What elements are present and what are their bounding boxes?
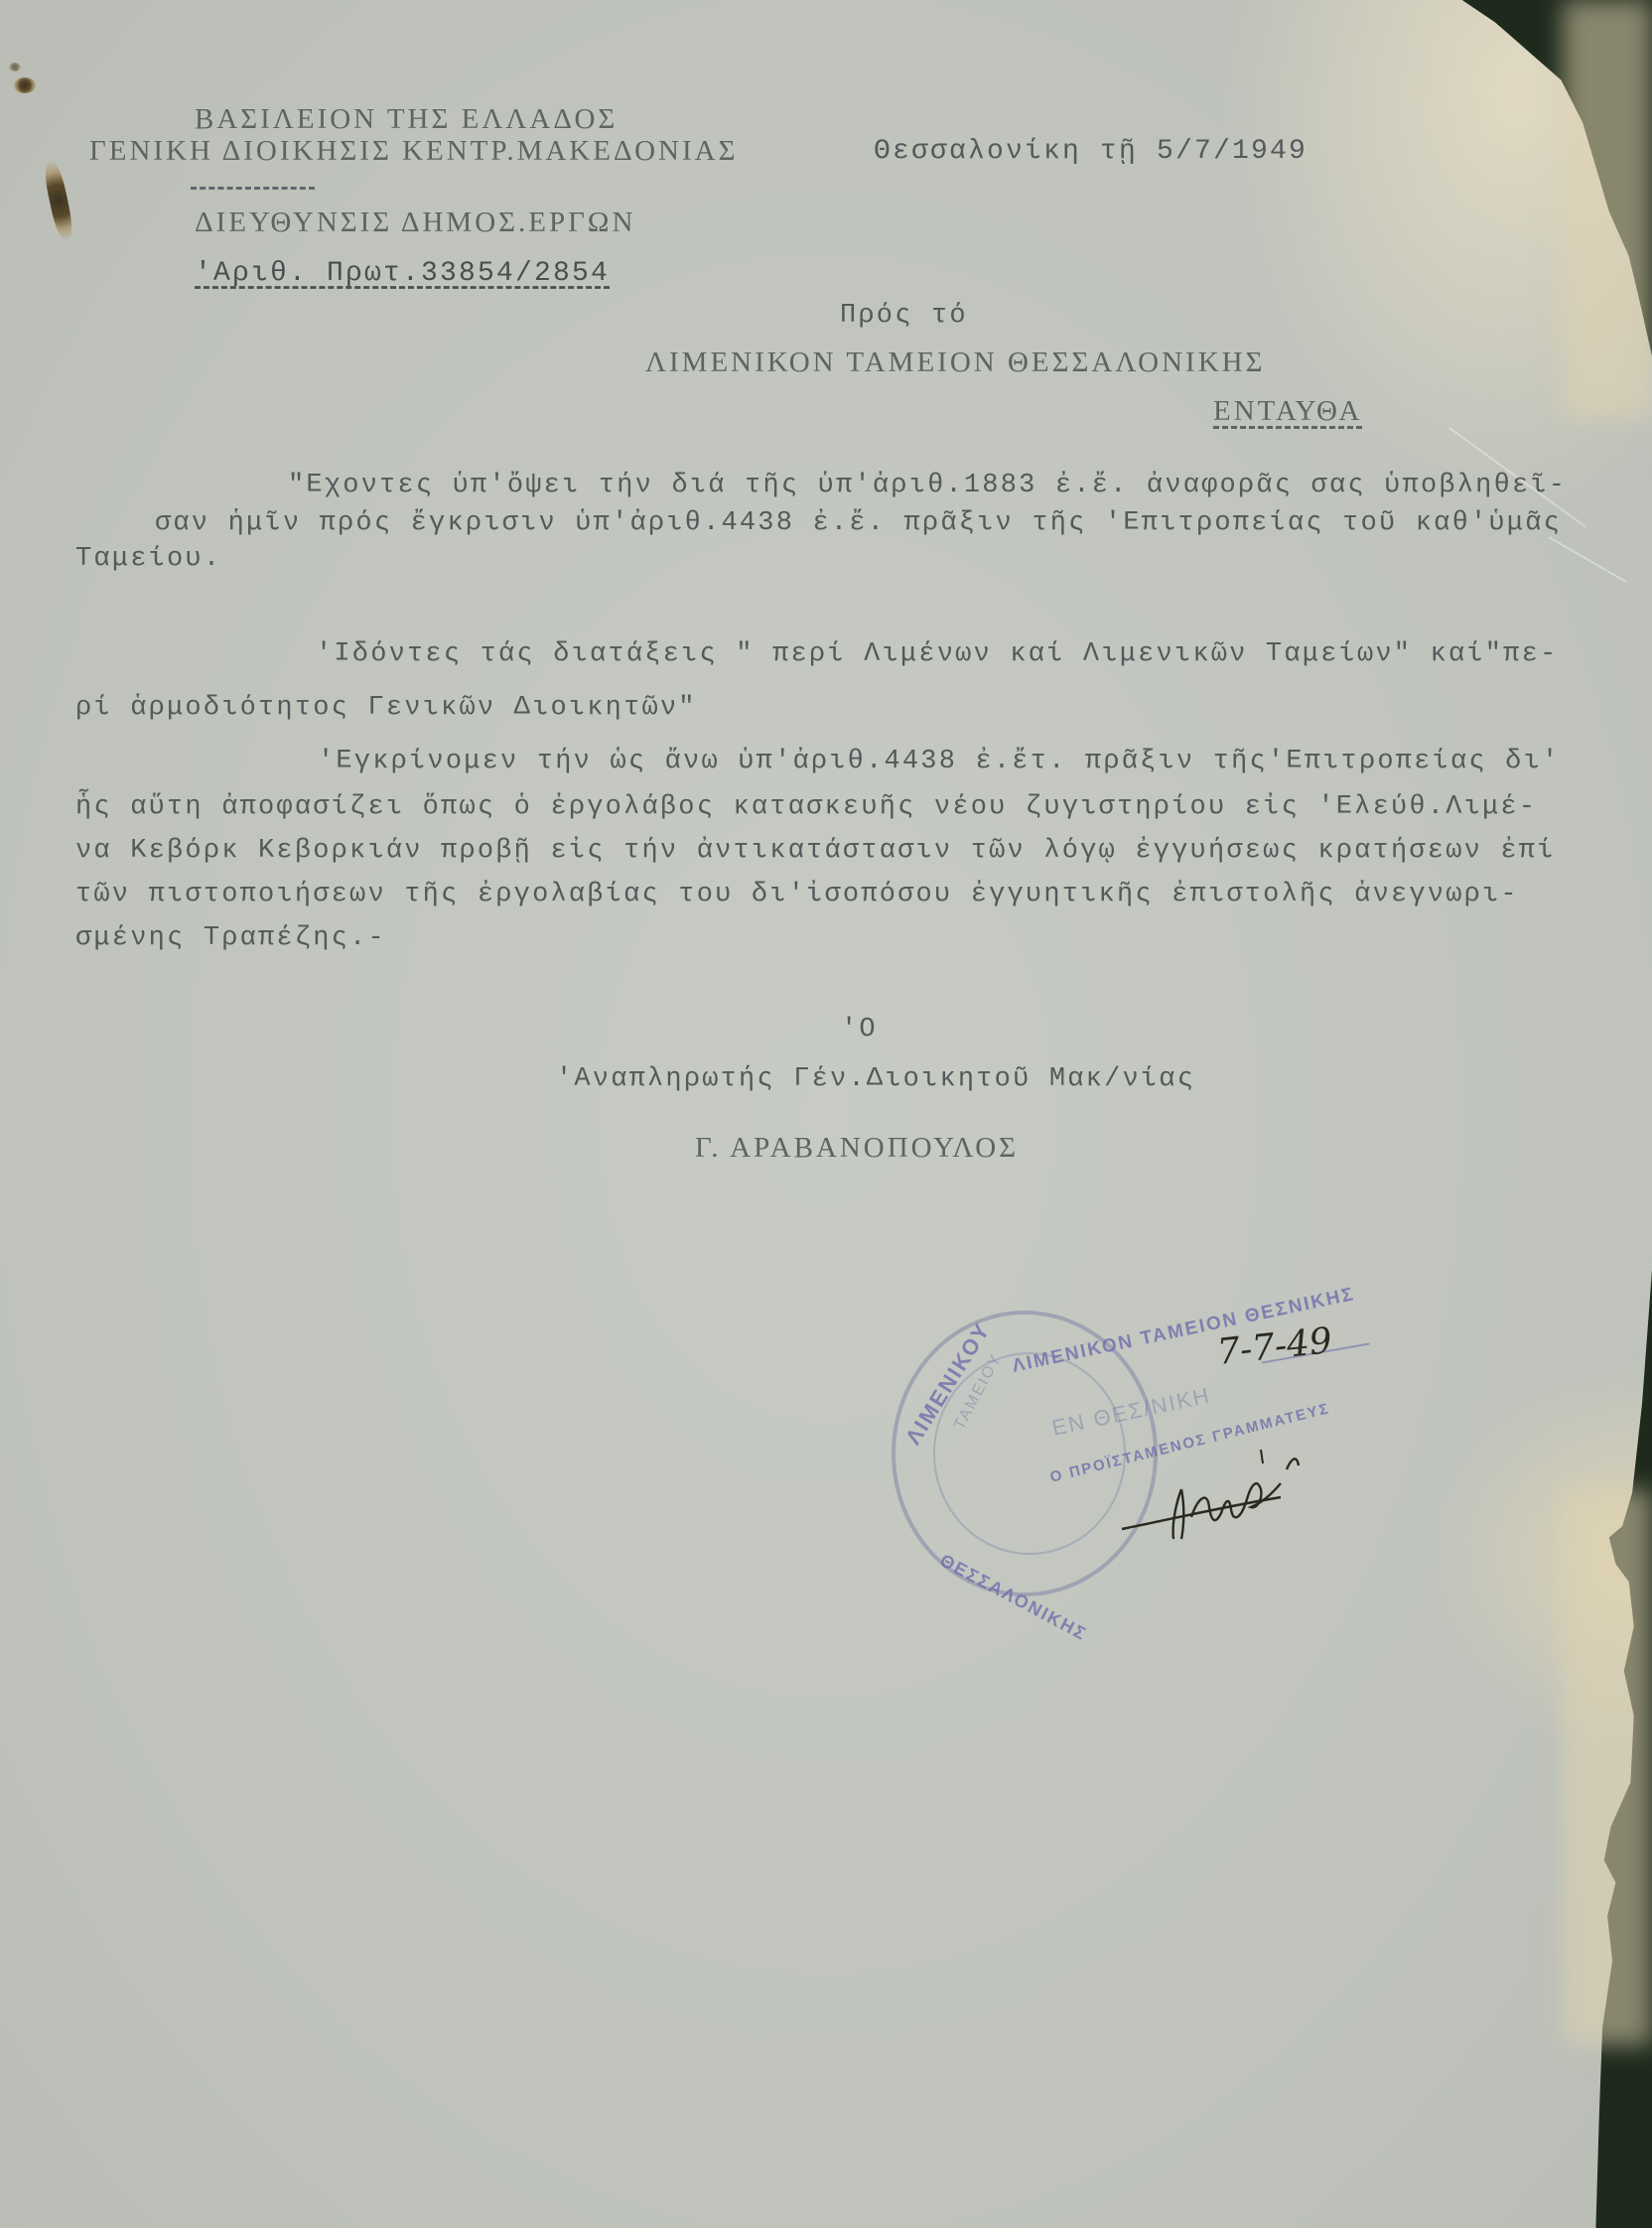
recipient-name: ΛΙΜΕΝΙΚΟΝ ΤΑΜΕΙΟΝ ΘΕΣΣΑΛΟΝΙΚΗΣ: [645, 348, 1265, 377]
handwritten-signature: [1112, 1430, 1410, 1569]
body-p3-line1: 'Εγκρίνομεν τήν ὡς ἄνω ὑπ'ἀριθ.4438 ἐ.ἔτ…: [318, 749, 1560, 775]
signature-name: Γ. ΑΡΑΒΑΝΟΠΟΥΛΟΣ: [695, 1134, 1019, 1163]
paper-blemish: [14, 77, 36, 93]
header-administration: ΓΕΝΙΚΗ ΔΙΟΙΚΗΣΙΣ ΚΕΝΤΡ.ΜΑΚΕΔΟΝΙΑΣ: [89, 137, 738, 166]
body-p3-line5: σμένης Τραπέζης.-: [75, 925, 386, 952]
body-p3-line3: να Κεβόρκ Κεβορκιάν προβῇ εἰς τήν ἀντικα…: [75, 838, 1556, 865]
protocol-number: 'Αριθ. Πρωτ.33854/2854: [195, 260, 610, 288]
document-page: [0, 0, 1652, 2228]
paper-edge-stain: [1563, 0, 1652, 417]
recipient-to: Πρός τό: [840, 303, 968, 330]
paper-edge-stain: [1563, 1489, 1652, 2045]
body-p3-line4: τῶν πιστοποιήσεων τῆς ἐργολαβίας του δι'…: [75, 882, 1519, 908]
body-p1-line2: σαν ἡμῖν πρός ἔγκρισιν ὑπ'ἀριθ.4438 ἐ.ἔ.…: [155, 510, 1562, 537]
body-p3-line2: ἧς αὕτη ἀποφασίζει ὅπως ὁ ἐργολάβος κατα…: [75, 794, 1537, 821]
signature-article: 'Ο: [841, 1017, 878, 1044]
paper-blemish: [9, 63, 21, 71]
header-directorate: ΔΙΕΥΘΥΝΣΙΣ ΔΗΜΟΣ.ΕΡΓΩΝ: [195, 209, 635, 237]
body-p1-line1: "Εχοντες ὑπ'ὄψει τήν διά τῆς ὑπ'ἀριθ.188…: [288, 473, 1567, 499]
header-divider: [191, 187, 315, 190]
signature-title: 'Αναπληρωτής Γέν.Διοικητοῦ Μακ/νίας: [556, 1066, 1195, 1093]
body-p2-line1: 'Ιδόντες τάς διατάξεις " περί Λιμένων κα…: [316, 641, 1558, 668]
recipient-location: ΕΝΤΑΥΘΑ: [1213, 397, 1362, 426]
header-kingdom: ΒΑΣΙΛΕΙΟΝ ΤΗΣ ΕΛΛΑΔΟΣ: [195, 105, 618, 134]
body-p2-line2: ρί ἁρμοδιότητος Γενικῶν Διοικητῶν": [75, 695, 697, 722]
place-date: Θεσσαλονίκη τῇ 5/7/1949: [874, 138, 1308, 166]
body-p1-line3: Ταμείου.: [75, 546, 221, 573]
